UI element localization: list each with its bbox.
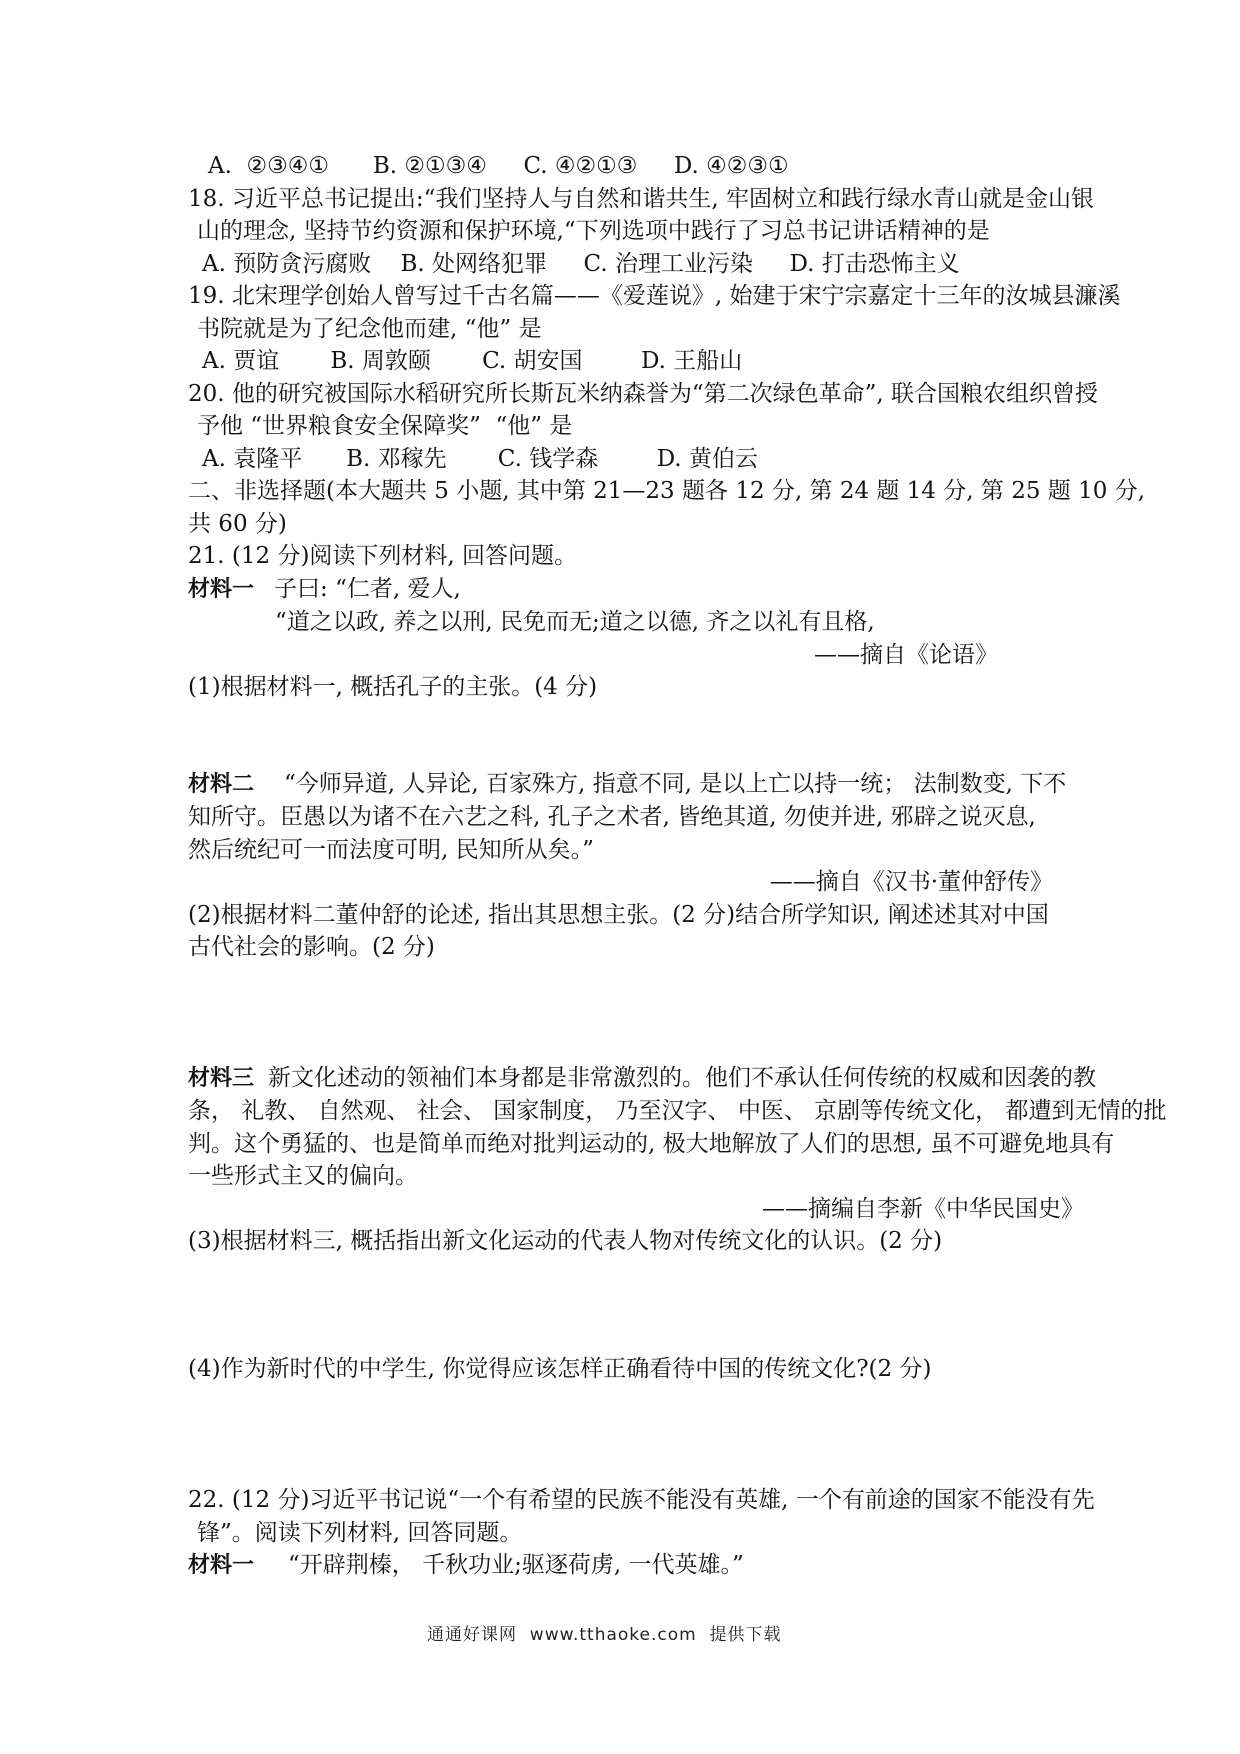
- question-21-material3-line3: 判。这个勇猛的、也是简单而绝对批判运动的, 极大地解放了人们的思想, 虽不可避免…: [188, 1128, 1148, 1161]
- question-19-line1: 19. 北宋理学创始人曾写过千古名篇——《爱莲说》, 始建于宋宁宗嘉定十三年的汝…: [188, 280, 1148, 313]
- exam-content: A. ②③④① B. ②①③④ C. ④②①③ D. ④②③① 18. 习近平总…: [188, 150, 1148, 1583]
- question-17-options: A. ②③④① B. ②①③④ C. ④②①③ D. ④②③①: [208, 150, 1148, 183]
- answer-space: [188, 1385, 1148, 1484]
- exam-document-page: A. ②③④① B. ②①③④ C. ④②①③ D. ④②③① 18. 习近平总…: [0, 0, 1240, 1754]
- question-20-options: A. 袁隆平 B. 邓稼先 C. 钱学森 D. 黄伯云: [202, 443, 1148, 476]
- question-21-material2-line2: 知所守。臣愚以为诸不在六艺之科, 孔子之术者, 皆绝其道, 勿使并进, 邪辟之说…: [188, 801, 1148, 834]
- question-21-subquestion-2-line1: (2)根据材料二董仲舒的论述, 指出其思想主张。(2 分)结合所学知识, 阐述述…: [188, 899, 1148, 932]
- question-19-line2: 书院就是为了纪念他而建, “他” 是: [197, 313, 1148, 346]
- question-21-material1-heading: 材料一子曰: “仁者, 爱人,: [188, 573, 1148, 607]
- question-22-material1-heading: 材料一“开辟荆榛， 千秋功业;驱逐荷虏, 一代英雄。”: [188, 1549, 1148, 1583]
- question-18-line2: 山的理念, 坚持节约资源和保护环境,“下列选项中践行了习总书记讲话精神的是: [197, 215, 1148, 248]
- question-21-intro: 21. (12 分)阅读下列材料, 回答问题。: [188, 540, 1148, 573]
- answer-space: [188, 704, 1148, 768]
- question-21-material3-line4: 一些形式主又的偏向。: [188, 1160, 1148, 1193]
- question-21-material3-line2: 条， 礼教、 自然观、 社会、 国家制度， 乃至汉字、 中医、 京剧等传统文化，…: [188, 1095, 1148, 1128]
- question-21-material3-source: ——摘编自李新《中华民国史》: [188, 1193, 1084, 1226]
- material1-text: 子曰: “仁者, 爱人,: [274, 576, 461, 602]
- question-21-subquestion-1: (1)根据材料一, 概括孔子的主张。(4 分): [188, 671, 1148, 704]
- material1-text: “开辟荆榛， 千秋功业;驱逐荷虏, 一代英雄。”: [288, 1552, 744, 1578]
- material1-label: 材料一: [188, 1553, 254, 1578]
- section2-header-line1: 二、非选择题(本大题共 5 小题, 其中第 21—23 题各 12 分, 第 2…: [188, 475, 1148, 508]
- site-watermark: 通通好课网 www.tthaoke.com 提供下载: [427, 1620, 782, 1645]
- question-21-subquestion-2-line2: 古代社会的影响。(2 分): [188, 931, 1148, 964]
- answer-space: [188, 1258, 1148, 1353]
- question-22-line1: 22. (12 分)习近平书记说“一个有希望的民族不能没有英雄, 一个有前途的国…: [188, 1484, 1148, 1517]
- material2-label: 材料二: [188, 772, 254, 797]
- material3-text: 新文化述动的领袖们本身都是非常激烈的。他们不承认任何传统的权威和因袭的教: [268, 1065, 1096, 1091]
- question-21-material1-quote: “道之以政, 养之以刑, 民免而无;道之以德, 齐之以礼有且格,: [275, 606, 1148, 639]
- question-21-material2-source: ——摘自《汉书·董仲舒传》: [188, 866, 1053, 899]
- question-18-options: A. 预防贪污腐败 B. 处网络犯罪 C. 治理工业污染 D. 打击恐怖主义: [202, 248, 1148, 281]
- material1-label: 材料一: [188, 577, 254, 602]
- question-19-options: A. 贾谊 B. 周敦颐 C. 胡安国 D. 王船山: [202, 345, 1148, 378]
- question-18-line1: 18. 习近平总书记提出:“我们坚持人与自然和谐共生, 牢固树立和践行绿水青山就…: [188, 183, 1148, 216]
- question-22-line2: 锋”。阅读下列材料, 回答同题。: [197, 1517, 1148, 1550]
- material2-text: “今师异道, 人异论, 百家殊方, 指意不同, 是以上亡以持一统； 法制数变, …: [284, 771, 1066, 797]
- question-20-line2: 予他 “世界粮食安全保障奖” “他” 是: [197, 410, 1148, 443]
- section2-header-line2: 共 60 分): [188, 508, 1148, 541]
- question-21-subquestion-3: (3)根据材料三, 概括指出新文化运动的代表人物对传统文化的认识。(2 分): [188, 1225, 1148, 1258]
- question-21-material3-heading: 材料三新文化述动的领袖们本身都是非常激烈的。他们不承认任何传统的权威和因袭的教: [188, 1062, 1148, 1096]
- material3-label: 材料三: [188, 1066, 254, 1091]
- question-21-subquestion-4: (4)作为新时代的中学生, 你觉得应该怎样正确看待中国的传统文化?(2 分): [188, 1353, 1148, 1386]
- answer-space: [188, 964, 1148, 1062]
- question-20-line1: 20. 他的研究被国际水稻研究所长斯瓦米纳森誉为“第二次绿色革命”, 联合国粮农…: [188, 378, 1148, 411]
- question-21-material1-source: ——摘自《论语》: [188, 639, 998, 672]
- question-21-material2-heading: 材料二“今师异道, 人异论, 百家殊方, 指意不同, 是以上亡以持一统； 法制数…: [188, 768, 1148, 802]
- question-21-material2-line3: 然后统纪可一而法度可明, 民知所从矣。”: [188, 834, 1148, 867]
